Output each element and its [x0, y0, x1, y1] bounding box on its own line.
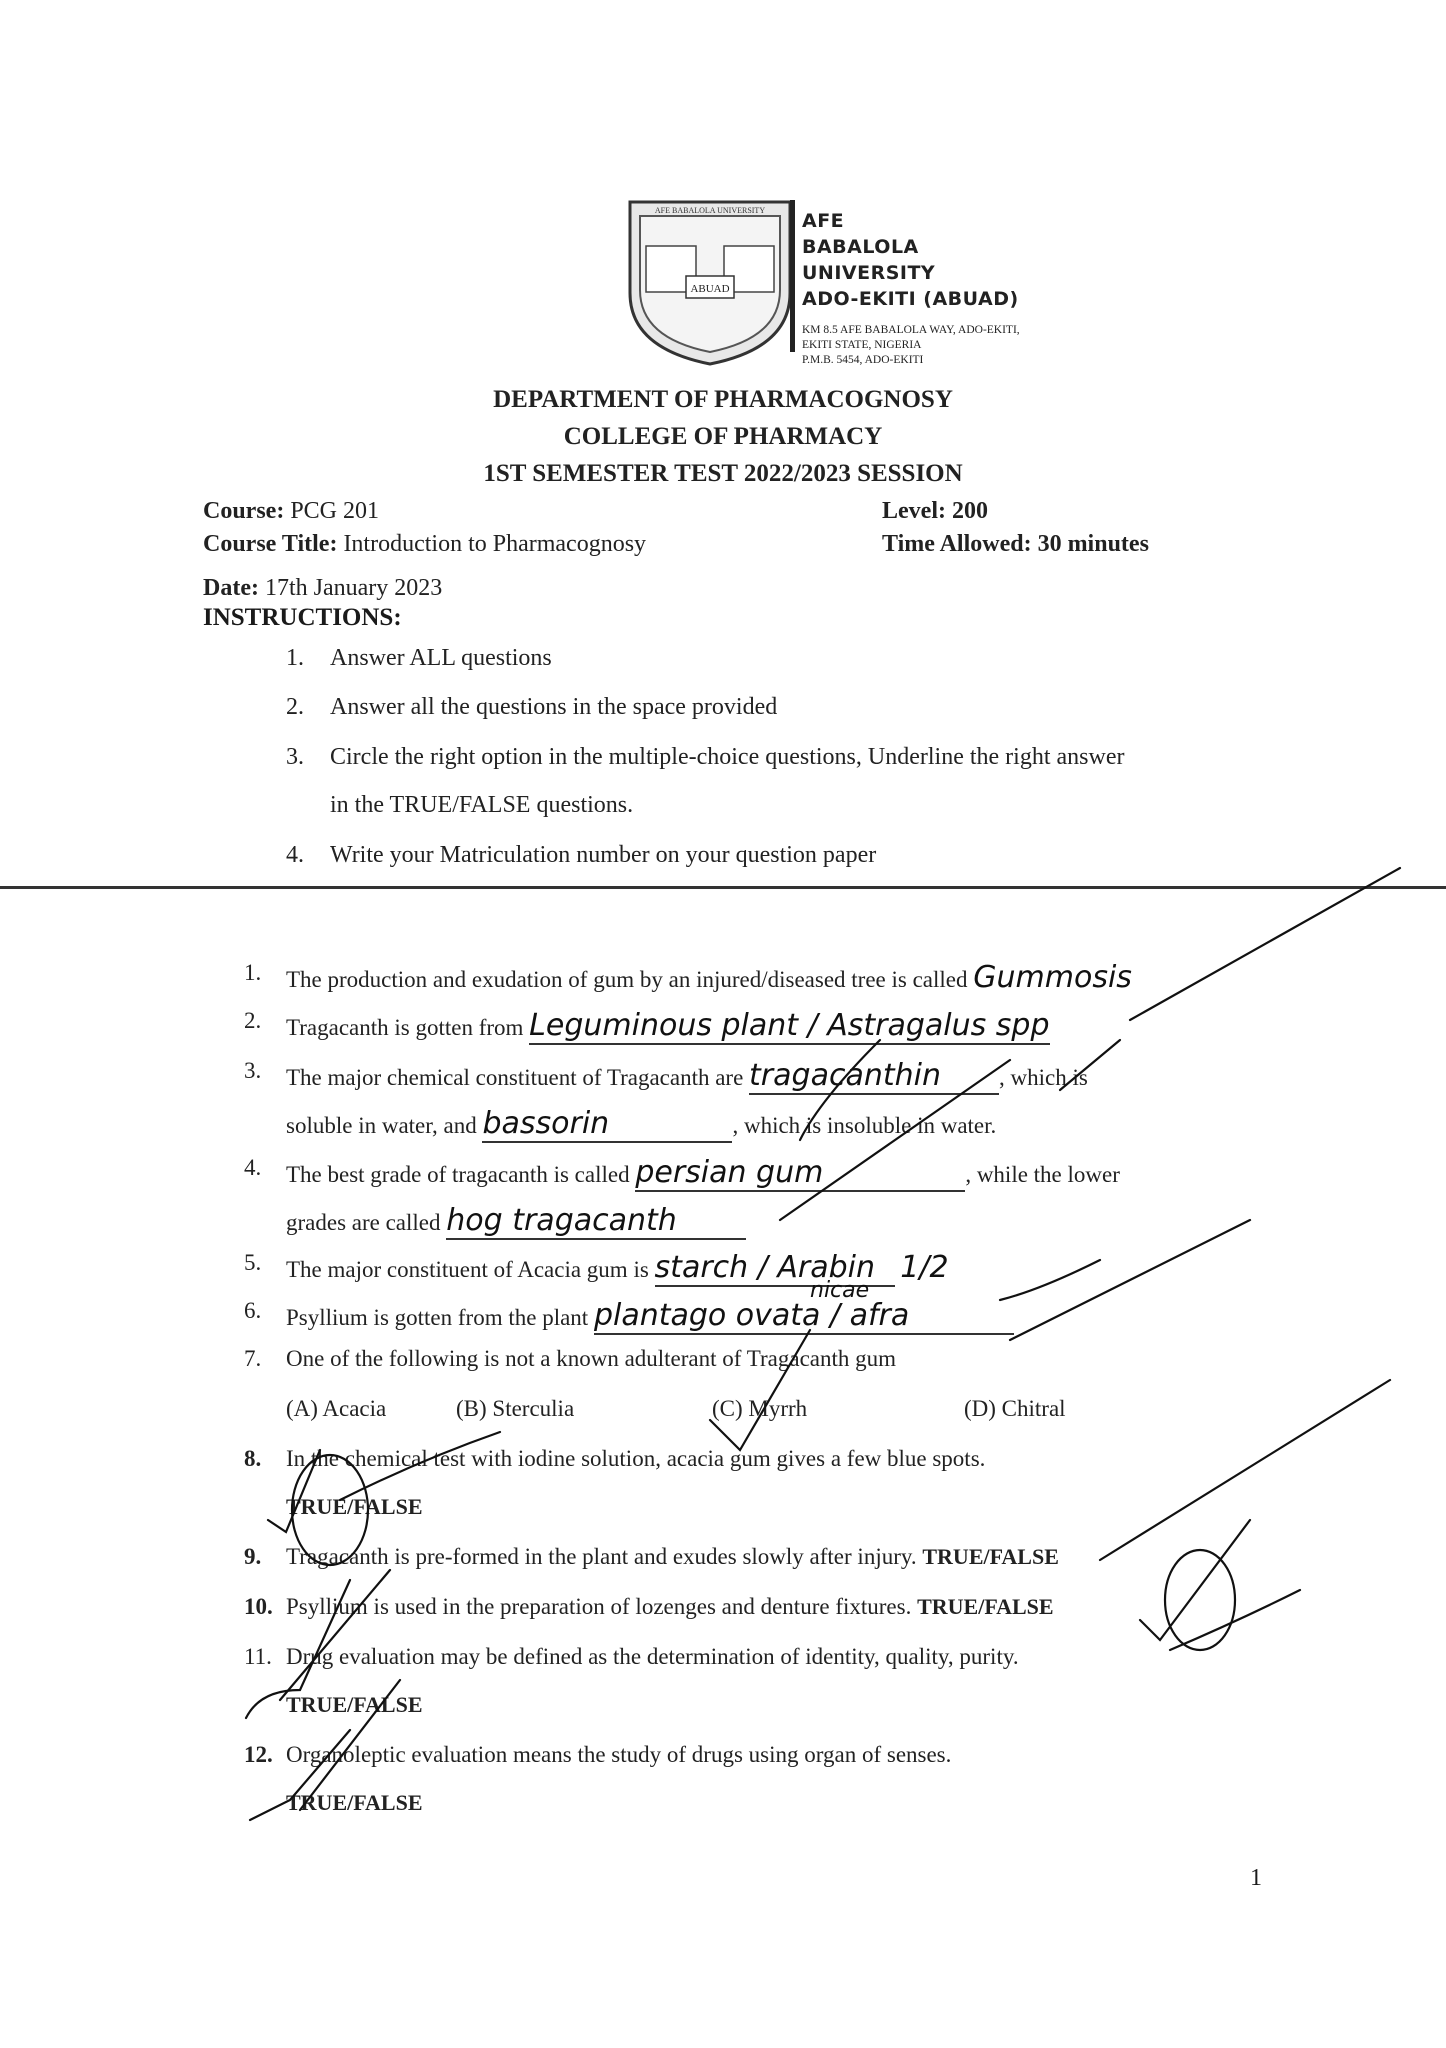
option-b[interactable]: (B) Sterculia: [456, 1396, 574, 1422]
question-10: 10.Psyllium is used in the preparation o…: [286, 1594, 1054, 1620]
question-4-continued: grades are called hog tragacanth: [286, 1203, 746, 1240]
time-allowed: Time Allowed: 30 minutes: [882, 531, 1149, 558]
option-a[interactable]: (A) Acacia: [286, 1396, 386, 1422]
university-name: AFE BABALOLA UNIVERSITY ADO-EKITI (ABUAD…: [802, 208, 1019, 312]
true-false-choice[interactable]: TRUE/FALSE: [922, 1544, 1059, 1569]
handwritten-answer[interactable]: tragacanthin: [749, 1058, 999, 1095]
question-6: 6.Psyllium is gotten from the plant plan…: [286, 1298, 1014, 1335]
true-false-choice[interactable]: TRUE/FALSE: [286, 1494, 423, 1520]
option-d[interactable]: (D) Chitral: [964, 1396, 1066, 1422]
svg-text:ABUAD: ABUAD: [690, 283, 729, 295]
instruction-item: 3.Circle the right option in the multipl…: [330, 744, 1124, 771]
question-1: 1.The production and exudation of gum by…: [286, 960, 1132, 995]
question-2: 2.Tragacanth is gotten from Leguminous p…: [286, 1008, 1050, 1045]
question-3-continued: soluble in water, and bassorin, which is…: [286, 1106, 996, 1143]
instruction-item: 1.Answer ALL questions: [330, 645, 552, 672]
question-4: 4.The best grade of tragacanth is called…: [286, 1155, 1120, 1192]
true-false-choice[interactable]: TRUE/FALSE: [286, 1790, 423, 1816]
course-title: Course Title: Introduction to Pharmacogn…: [203, 531, 646, 558]
true-false-choice[interactable]: TRUE/FALSE: [917, 1594, 1054, 1619]
question-9: 9.Tragacanth is pre-formed in the plant …: [286, 1544, 1059, 1570]
course-code: Course: PCG 201: [203, 498, 379, 525]
level: Level: 200: [882, 498, 988, 525]
svg-text:AFE BABALOLA UNIVERSITY: AFE BABALOLA UNIVERSITY: [655, 206, 765, 215]
university-crest-logo: ABUAD AFE BABALOLA UNIVERSITY: [626, 198, 794, 368]
instruction-item-continued: in the TRUE/FALSE questions.: [330, 792, 633, 819]
handwritten-answer[interactable]: bassorin: [482, 1106, 732, 1143]
test-heading: 1ST SEMESTER TEST 2022/2023 SESSION: [0, 460, 1446, 488]
instruction-item: 4.Write your Matriculation number on you…: [330, 842, 876, 869]
handwritten-answer[interactable]: persian gum: [635, 1155, 965, 1192]
letterhead-divider: [790, 200, 795, 352]
instructions-title: INSTRUCTIONS:: [203, 604, 402, 632]
instruction-item: 2.Answer all the questions in the space …: [330, 694, 777, 721]
section-divider: [0, 886, 1446, 889]
page-number: 1: [1250, 1865, 1262, 1892]
handwritten-answer[interactable]: Leguminous plant / Astragalus spp: [529, 1008, 1049, 1045]
question-7: 7.One of the following is not a known ad…: [286, 1346, 896, 1372]
score-mark: 1/2: [900, 1250, 948, 1285]
handwritten-answer[interactable]: hog tragacanth: [446, 1203, 746, 1240]
department-heading: DEPARTMENT OF PHARMACOGNOSY: [0, 386, 1446, 414]
handwritten-answer[interactable]: plantago ovata / afra: [594, 1298, 1014, 1335]
test-date: Date: 17th January 2023: [203, 575, 442, 602]
question-8: 8.In the chemical test with iodine solut…: [286, 1446, 985, 1472]
question-11: 11.Drug evaluation may be defined as the…: [286, 1644, 1019, 1670]
question-3: 3.The major chemical constituent of Trag…: [286, 1058, 1088, 1095]
college-heading: COLLEGE OF PHARMACY: [0, 423, 1446, 451]
true-false-choice[interactable]: TRUE/FALSE: [286, 1692, 423, 1718]
option-c[interactable]: (C) Myrrh: [712, 1396, 807, 1422]
handwritten-answer[interactable]: Gummosis: [973, 960, 1132, 995]
question-12: 12.Organoleptic evaluation means the stu…: [286, 1742, 951, 1768]
university-address: KM 8.5 AFE BABALOLA WAY, ADO-EKITI, EKIT…: [802, 323, 1020, 368]
